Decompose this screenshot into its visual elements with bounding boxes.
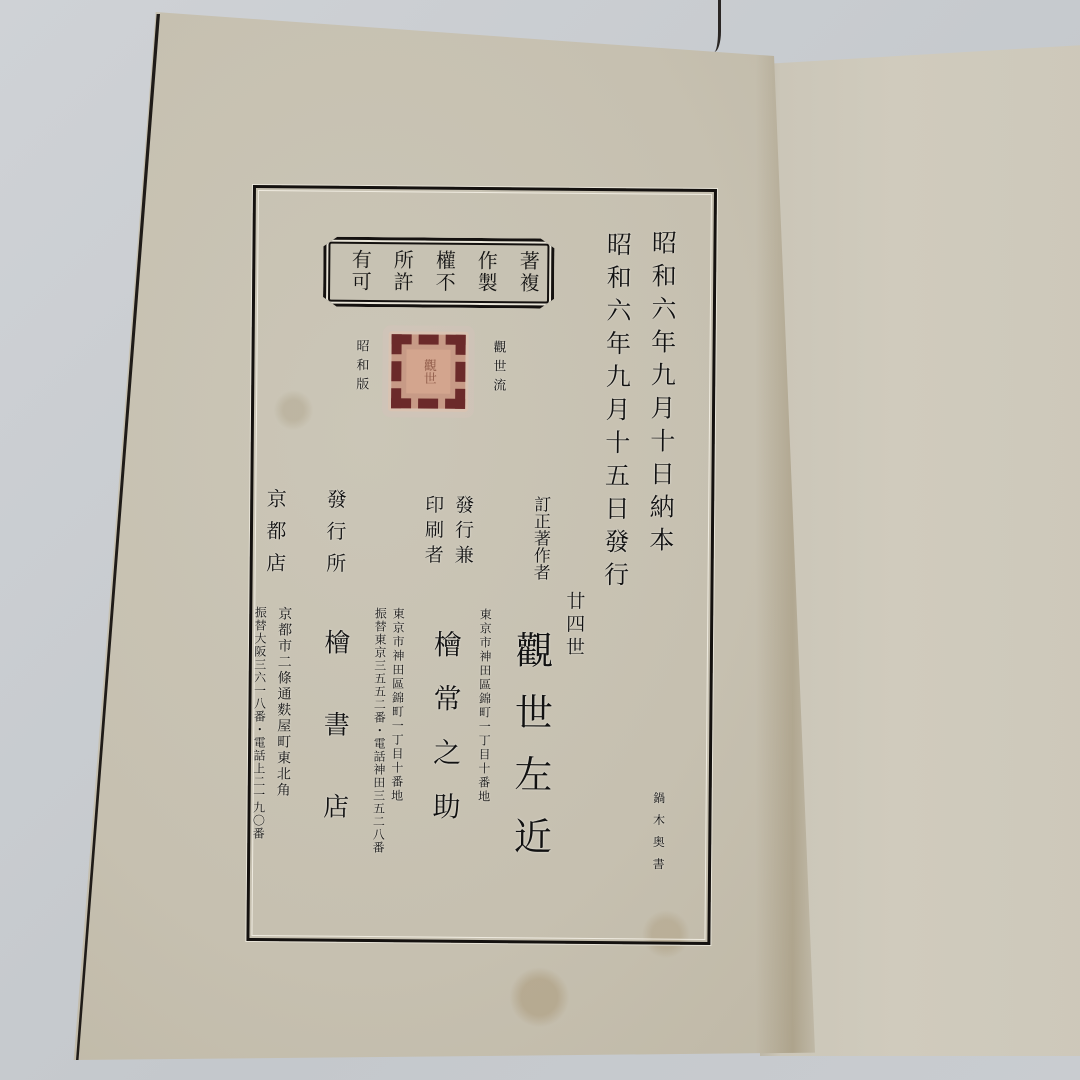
author-name: 觀世左近 xyxy=(510,630,550,878)
publisher-label-1: 發行兼 xyxy=(453,495,473,570)
publisher-address: 東京市神田區錦町一丁目十番地 xyxy=(391,607,405,803)
header-col-1: 著複 xyxy=(514,250,543,294)
header-col-4: 所許 xyxy=(388,249,417,293)
issuer-name: 檜書店 xyxy=(320,629,348,875)
kyoto-branch-label: 京都店 xyxy=(265,488,286,584)
publisher-label-2: 印刷者 xyxy=(423,494,443,569)
stamp-caption-left: 昭和版 xyxy=(354,339,367,396)
header-col-2: 作製 xyxy=(472,250,501,294)
bookmark-cord xyxy=(704,0,721,52)
copyright-header-box: 著複 作製 權不 所許 有可 xyxy=(323,237,555,309)
author-address: 東京市神田區錦町一丁目十番地 xyxy=(478,608,492,804)
publisher-account: 振替東京三五五二番・電話神田三五二八番 xyxy=(372,607,386,854)
publisher-name: 檜常之助 xyxy=(430,630,460,846)
calligrapher-note: 鍋木奥書 xyxy=(652,792,665,880)
header-col-3: 權不 xyxy=(430,250,459,294)
revenue-stamp: 觀世 xyxy=(388,331,469,412)
colophon-frame: 著複 作製 權不 所許 有可 觀世流 昭和版 觀世 昭和六年九月十日納本 昭和六… xyxy=(246,185,717,945)
publication-date: 昭和六年九月十五日發行 xyxy=(602,231,630,594)
author-generation: 廿四世 xyxy=(564,591,584,660)
kyoto-address: 京都市二條通麩屋町東北角 xyxy=(276,606,292,798)
author-label: 訂正著作者 xyxy=(531,495,549,580)
seal-text: 觀世 xyxy=(406,349,450,393)
delivery-date: 昭和六年九月十日納本 xyxy=(648,229,676,559)
stamp-caption-right: 觀世流 xyxy=(491,340,504,397)
issuer-label: 發行所 xyxy=(325,489,346,585)
header-col-5: 有可 xyxy=(346,249,375,293)
kyoto-account: 振替大阪三六一八番・電話上二一九〇番 xyxy=(252,606,266,840)
